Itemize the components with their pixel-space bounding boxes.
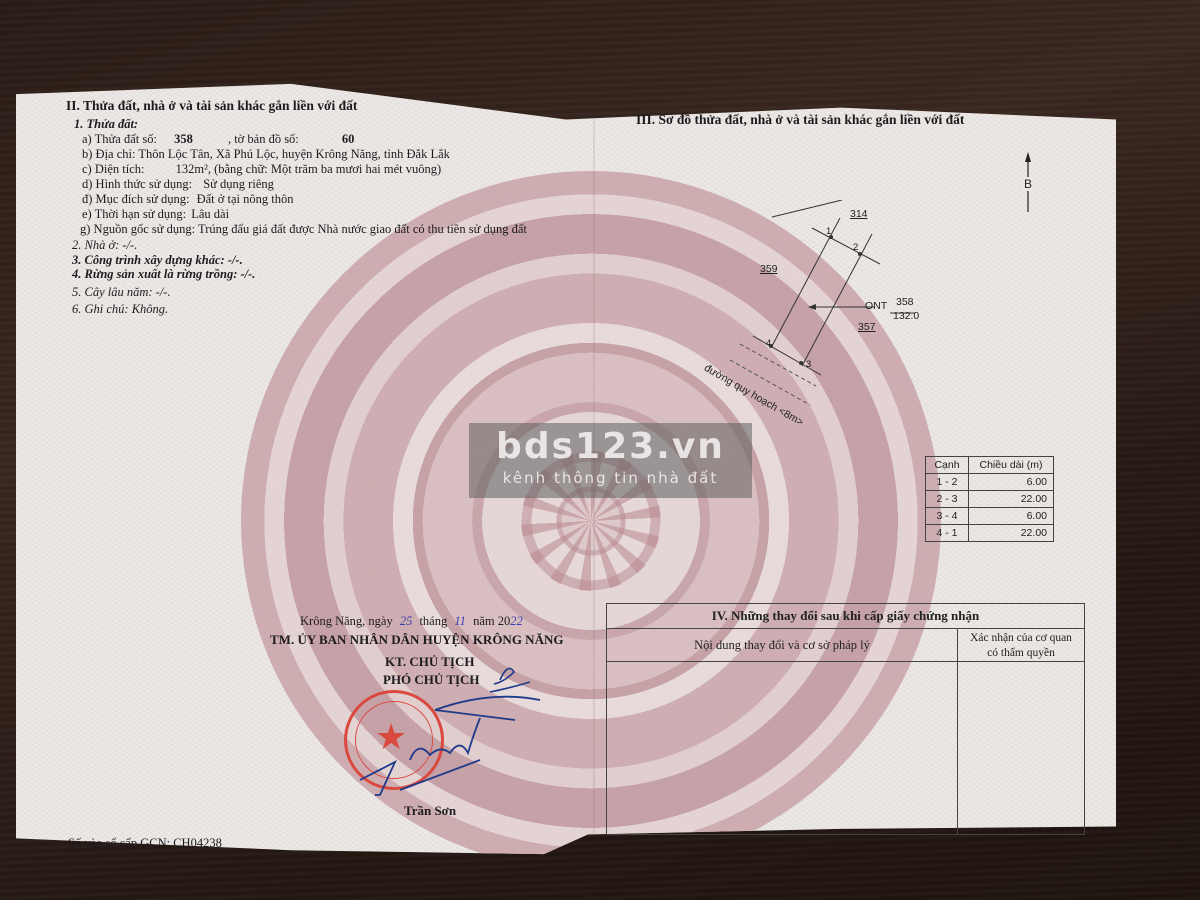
neighbor-parcel-314: 314 bbox=[850, 208, 868, 220]
edge-table-header: Cạnh Chiều dài (m) bbox=[926, 457, 1054, 474]
term-line: e) Thời hạn sử dụng: Lâu dài bbox=[82, 207, 229, 222]
use-form-label: d) Hình thức sử dụng: bbox=[82, 177, 192, 191]
note-item: 6. Ghi chú: Không. bbox=[72, 302, 168, 317]
place-date-line: Krông Năng, ngày 25 tháng 11 năm 2022 bbox=[300, 614, 523, 629]
changes-body-row bbox=[607, 662, 1084, 834]
table-row: 1 - 2 6.00 bbox=[926, 474, 1054, 491]
change-content-cell bbox=[607, 662, 958, 834]
neighbor-parcel-357: 357 bbox=[858, 321, 876, 333]
term-value: Lâu dài bbox=[191, 207, 229, 221]
edge-cell: 4 - 1 bbox=[926, 525, 969, 542]
address-value: Thôn Lộc Tân, Xã Phú Lộc, huyện Krông Nă… bbox=[138, 147, 450, 161]
authority-confirmation-line2: có thẩm quyền bbox=[958, 646, 1084, 661]
month-label: tháng bbox=[419, 614, 447, 628]
origin-label: g) Nguồn gốc sử dụng: bbox=[80, 222, 195, 236]
table-row: 3 - 4 6.00 bbox=[926, 508, 1054, 525]
area-value: 132m², (bằng chữ: Một trăm ba mươi hai m… bbox=[176, 162, 442, 176]
address-label: b) Địa chỉ: bbox=[82, 147, 135, 161]
map-sheet-number: 60 bbox=[342, 132, 355, 146]
authority-confirmation-header: Xác nhận của cơ quan có thẩm quyền bbox=[958, 629, 1084, 661]
vertex-1-label: 1 bbox=[826, 226, 831, 237]
site-watermark: bds123.vn kênh thông tin nhà đất bbox=[469, 423, 752, 498]
table-row: 2 - 3 22.00 bbox=[926, 491, 1054, 508]
area-line: c) Diện tích: 132m², (bằng chữ: Một trăm… bbox=[82, 162, 441, 177]
origin-line: g) Nguồn gốc sử dụng: Trúng đấu giá đất … bbox=[80, 222, 527, 237]
edge-column-header: Cạnh bbox=[926, 457, 969, 474]
table-row: 4 - 1 22.00 bbox=[926, 525, 1054, 542]
purpose-value: Đất ở tại nông thôn bbox=[197, 192, 294, 206]
signer-name: Trần Sơn bbox=[404, 803, 456, 819]
vertex-3-label: 3 bbox=[806, 359, 811, 370]
month-value: 11 bbox=[454, 614, 466, 628]
parcel-area-label: 132.0 bbox=[893, 310, 919, 322]
vertex-2-label: 2 bbox=[853, 242, 858, 253]
use-form-line: d) Hình thức sử dụng: Sử dụng riêng bbox=[82, 177, 274, 192]
perennial-tree-item: 5. Cây lâu năm: -/-. bbox=[72, 285, 171, 300]
section-2-title: II. Thửa đất, nhà ở và tài sản khác gắn … bbox=[66, 98, 357, 114]
term-label: e) Thời hạn sử dụng: bbox=[82, 207, 186, 221]
edge-cell: 1 - 2 bbox=[926, 474, 969, 491]
day-value: 25 bbox=[400, 614, 413, 628]
change-content-header: Nội dung thay đổi và cơ sở pháp lý bbox=[607, 629, 958, 661]
length-cell: 6.00 bbox=[969, 474, 1054, 491]
land-heading: 1. Thửa đất: bbox=[74, 117, 138, 132]
authority-confirmation-line1: Xác nhận của cơ quan bbox=[958, 631, 1084, 646]
edge-cell: 3 - 4 bbox=[926, 508, 969, 525]
year-label: năm 20 bbox=[473, 614, 510, 628]
purpose-label: đ) Mục đích sử dụng: bbox=[82, 192, 189, 206]
length-cell: 6.00 bbox=[969, 508, 1054, 525]
area-label: c) Diện tích: bbox=[82, 162, 144, 176]
parcel-label: a) Thửa đất số: bbox=[82, 132, 157, 146]
house-item: 2. Nhà ở: -/-. bbox=[72, 238, 137, 253]
neighbor-parcel-359: 359 bbox=[760, 263, 778, 275]
edge-cell: 2 - 3 bbox=[926, 491, 969, 508]
use-form-value: Sử dụng riêng bbox=[203, 177, 274, 191]
edge-length-table: Cạnh Chiều dài (m) 1 - 2 6.00 2 - 3 22.0… bbox=[925, 456, 1054, 542]
handwritten-signature bbox=[340, 650, 560, 800]
vertex-4-label: 4 bbox=[766, 338, 771, 349]
watermark-tagline: kênh thông tin nhà đất bbox=[469, 469, 752, 487]
watermark-brand: bds123.vn bbox=[469, 425, 752, 469]
authority-title: TM. ỦY BAN NHÂN DÂN HUYỆN KRÔNG NĂNG bbox=[270, 632, 563, 648]
length-cell: 22.00 bbox=[969, 525, 1054, 542]
address-line: b) Địa chỉ: Thôn Lộc Tân, Xã Phú Lộc, hu… bbox=[82, 147, 450, 162]
parcel-line: a) Thửa đất số: 358 , tờ bản đồ số: 60 bbox=[82, 132, 354, 147]
parcel-number-label: 358 bbox=[896, 296, 914, 308]
north-label: B bbox=[1023, 177, 1033, 191]
origin-value: Trúng đấu giá đất được Nhà nước giao đất… bbox=[198, 222, 527, 236]
changes-title: IV. Những thay đổi sau khi cấp giấy chứn… bbox=[607, 604, 1084, 629]
forest-item: 4. Rừng sản xuất là rừng trồng: -/-. bbox=[72, 267, 255, 282]
purpose-line: đ) Mục đích sử dụng: Đất ở tại nông thôn bbox=[82, 192, 293, 207]
land-type-code: ONT bbox=[865, 300, 887, 312]
length-column-header: Chiều dài (m) bbox=[969, 457, 1054, 474]
map-sheet-label: , tờ bản đồ số: bbox=[228, 132, 299, 146]
place-date-label: Krông Năng, ngày bbox=[300, 614, 393, 628]
other-construction-item: 3. Công trình xây dựng khác: -/-. bbox=[72, 253, 243, 268]
length-cell: 22.00 bbox=[969, 491, 1054, 508]
changes-after-issuance-table: IV. Những thay đổi sau khi cấp giấy chứn… bbox=[606, 603, 1085, 835]
section-3-title: III. Sơ đồ thửa đất, nhà ở và tài sản kh… bbox=[636, 112, 964, 128]
parcel-number: 358 bbox=[174, 132, 193, 146]
registry-number: Số vào sổ cấp GCN: CH04238 bbox=[68, 836, 222, 851]
year-value: 22 bbox=[510, 614, 523, 628]
changes-header-row: Nội dung thay đổi và cơ sở pháp lý Xác n… bbox=[607, 629, 1084, 662]
